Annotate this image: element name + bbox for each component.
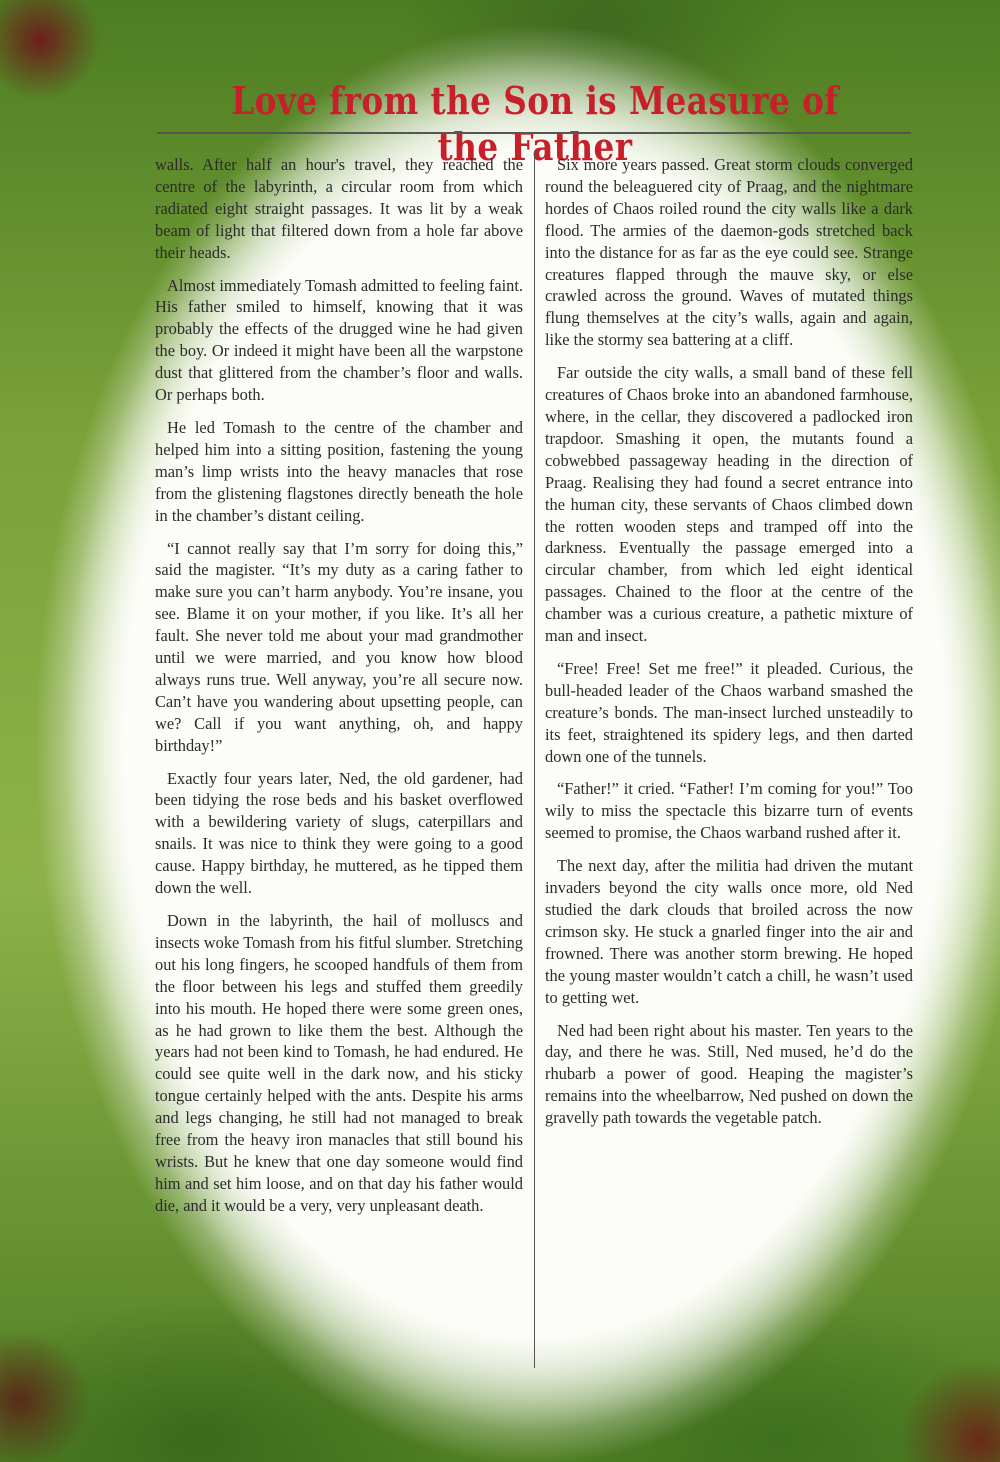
paragraph: Down in the labyrinth, the hail of mollu… [155, 910, 523, 1217]
paragraph: “I cannot really say that I’m sorry for … [155, 538, 523, 757]
text-column-left: walls. After half an hour's travel, they… [155, 154, 523, 1228]
paragraph: walls. After half an hour's travel, they… [155, 154, 523, 264]
text-column-right: Six more years passed. Great storm cloud… [545, 154, 913, 1140]
paragraph: “Free! Free! Set me free!” it pleaded. C… [545, 658, 913, 768]
paragraph: The next day, after the militia had driv… [545, 855, 913, 1008]
paragraph: Ned had been right about his master. Ten… [545, 1020, 913, 1130]
paragraph: Almost immediately Tomash admitted to fe… [155, 275, 523, 406]
paragraph: He led Tomash to the centre of the chamb… [155, 417, 523, 527]
title-underline-rule [157, 132, 911, 134]
paragraph: Far outside the city walls, a small band… [545, 362, 913, 647]
column-divider [534, 152, 535, 1368]
paragraph: Six more years passed. Great storm cloud… [545, 154, 913, 351]
document-page: Love from the Son is Measure of the Fath… [0, 0, 1000, 1462]
paragraph: “Father!” it cried. “Father! I’m coming … [545, 778, 913, 844]
paragraph: Exactly four years later, Ned, the old g… [155, 768, 523, 899]
